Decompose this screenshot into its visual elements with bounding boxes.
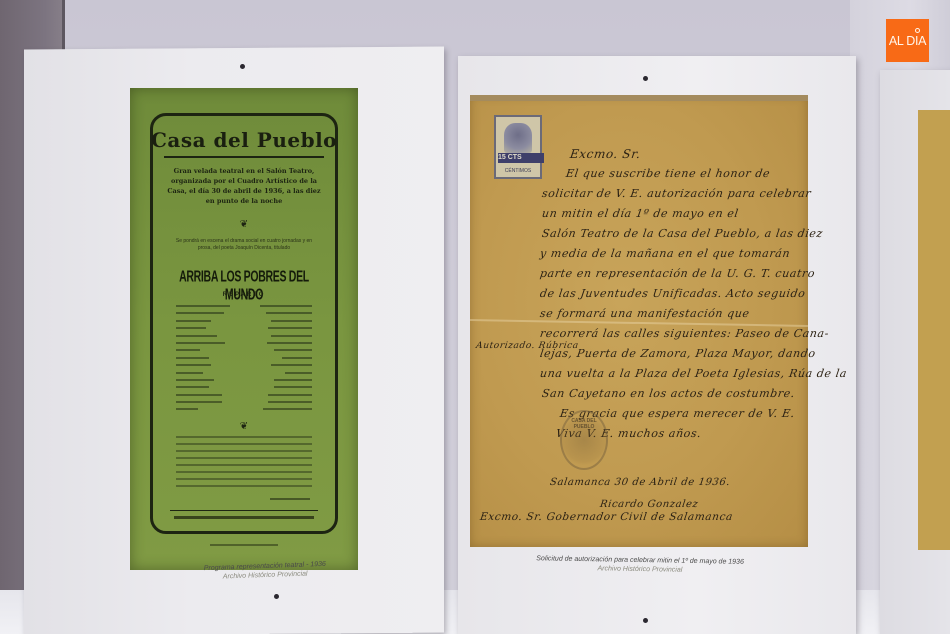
letter-line: de las Juventudes Unificadas. Acto segui…: [539, 287, 806, 300]
poster-signature: [270, 498, 310, 500]
casa-del-pueblo-seal: CASA DEL PUEBLO: [560, 410, 608, 470]
cast-row: [176, 383, 312, 390]
letter-line: un mitin el día 1º de mayo en el: [541, 207, 739, 220]
panel-pin: [274, 594, 279, 599]
letter-top-edge: [470, 95, 808, 101]
cast-list: [176, 302, 312, 414]
partial-document-right: [918, 110, 950, 550]
ornament-icon: ❦: [238, 422, 250, 431]
letter-line: y media de la mañana en el que tomarán: [539, 247, 791, 260]
letter-signature: Ricardo Gonzalez: [599, 499, 699, 510]
seal-text: CASA DEL PUEBLO: [562, 418, 606, 430]
logo-text: AL DIA: [889, 34, 926, 48]
letter-addressee: Excmo. Sr. Gobernador Civil de Salamanca: [479, 511, 734, 523]
al-dia-logo: AL DIA: [886, 19, 929, 62]
cast-row: [176, 361, 312, 368]
cast-row: [176, 391, 312, 398]
poster-notice: Se pondrá en escena el drama social en c…: [170, 238, 318, 252]
stamp-figure-icon: [504, 123, 532, 153]
cast-row: [176, 398, 312, 405]
theatre-programme-poster: Casa del Pueblo Gran velada teatral en e…: [130, 88, 358, 570]
letter-line: El que suscribe tiene el honor de: [565, 167, 771, 180]
poster-rule: [164, 156, 324, 158]
cast-row: [176, 302, 312, 309]
revenue-stamp: 15 CTS CÉNTIMOS: [494, 115, 542, 179]
poster-rule: [170, 510, 318, 511]
poster-footer: [174, 516, 314, 519]
poster-imprint: [210, 544, 278, 546]
cast-row: [176, 346, 312, 353]
letter-line: parte en representación de la U. G. T. c…: [539, 267, 816, 280]
ornament-icon: ❦: [238, 220, 250, 229]
stamp-overprint: 15 CTS: [498, 153, 544, 163]
poster-body-text: [176, 436, 312, 492]
letter-line: recorrerá las calles siguientes: Paseo d…: [539, 327, 830, 340]
stamp-value: CÉNTIMOS: [498, 168, 538, 175]
logo-accent-icon: [915, 28, 920, 33]
poster-play-title: ARRIBA LOS POBRES DEL MUNDO: [160, 268, 328, 304]
panel-pin: [643, 618, 648, 623]
cast-row: [176, 324, 312, 331]
letter-place-date: Salamanca 30 de Abril de 1936.: [549, 477, 731, 488]
cast-row: [176, 317, 312, 324]
letter-line: solicitar de V. E. autorización para cel…: [541, 187, 812, 200]
letter-line: se formará una manifestación que: [539, 307, 750, 320]
poster-subtitle: Gran velada teatral en el Salón Teatro, …: [166, 166, 322, 206]
panel-pin: [643, 76, 648, 81]
panel-pin: [240, 64, 245, 69]
letter-line: una vuelta a la Plaza del Poeta Iglesias…: [539, 367, 848, 380]
cast-row: [176, 339, 312, 346]
cast-row: [176, 309, 312, 316]
cast-row: [176, 405, 312, 412]
letter-salutation: Excmo. Sr.: [569, 147, 642, 161]
poster-reparto-label: REPARTO: [130, 292, 358, 298]
cast-row: [176, 376, 312, 383]
cast-row: [176, 354, 312, 361]
poster-title: Casa del Pueblo: [130, 128, 358, 152]
letter-line: San Cayetano en los actos de costumbre.: [541, 387, 796, 400]
letter-margin-note: Autorizado. Rúbrica: [475, 341, 579, 351]
letter-line: Salón Teatro de la Casa del Pueblo, a la…: [541, 227, 824, 240]
cast-row: [176, 369, 312, 376]
cast-row: [176, 332, 312, 339]
letter-line: lejas, Puerta de Zamora, Plaza Mayor, da…: [539, 347, 816, 360]
